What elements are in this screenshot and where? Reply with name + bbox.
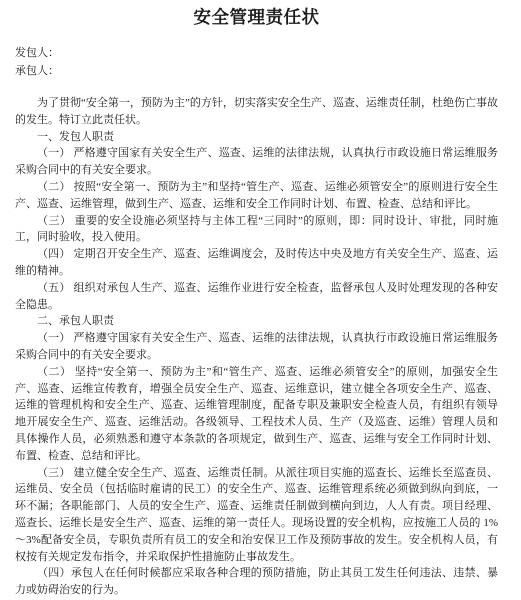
contractor-label: 承包人： bbox=[15, 62, 498, 80]
paragraph: （四）承包人在任何时候都应采取各种合理的预防措施，防止其员工发生任何违法、违禁、… bbox=[15, 565, 498, 599]
parties-block: 发包人： 承包人： bbox=[15, 44, 498, 80]
paragraph: （五） 组织对承包人生产、巡查、运维作业进行安全检查，监督承包人及时处理发现的各… bbox=[15, 280, 498, 314]
paragraph: （二） 坚持“安全第一、预防为主”和“管生产、巡查、运维必须管安全”的原则，加强… bbox=[15, 364, 498, 465]
section-heading: 一、发包人职责 bbox=[15, 129, 498, 146]
paragraph: （一） 严格遵守国家有关安全生产、巡查、运维的法律法规，认真执行市政设施日常运维… bbox=[15, 330, 498, 364]
paragraph: （三） 建立健全安全生产、巡查、运维责任制。从派往项目实施的巡查长、运维长至巡查… bbox=[15, 465, 498, 566]
paragraph: 为了贯彻“安全第一，预防为主”的方针，切实落实安全生产、巡查、运维责任制，杜绝伤… bbox=[15, 95, 498, 129]
paragraph: （二） 按照“安全第一、预防为主”和坚持“管生产、巡查、运维必须管安全”的原则进… bbox=[15, 179, 498, 213]
paragraph: （三） 重要的安全设施必须坚持与主体工程“三同时”的原则，即：同时设计、审批，同… bbox=[15, 213, 498, 247]
paragraph: （一） 严格遵守国家有关安全生产、巡查、运维的法律法规，认真执行市政设施日常运维… bbox=[15, 145, 498, 179]
section-heading: 二、承包人职责 bbox=[15, 313, 498, 330]
document-title: 安全管理责任状 bbox=[15, 6, 498, 28]
paragraph: （四） 定期召开安全生产、巡查、运维调度会，及时传达中央及地方有关安全生产、巡查… bbox=[15, 246, 498, 280]
document-body: 为了贯彻“安全第一，预防为主”的方针，切实落实安全生产、巡查、运维责任制，杜绝伤… bbox=[15, 95, 498, 599]
document-page: 安全管理责任状 发包人： 承包人： 为了贯彻“安全第一，预防为主”的方针，切实落… bbox=[0, 0, 521, 600]
employer-label: 发包人： bbox=[15, 44, 498, 62]
